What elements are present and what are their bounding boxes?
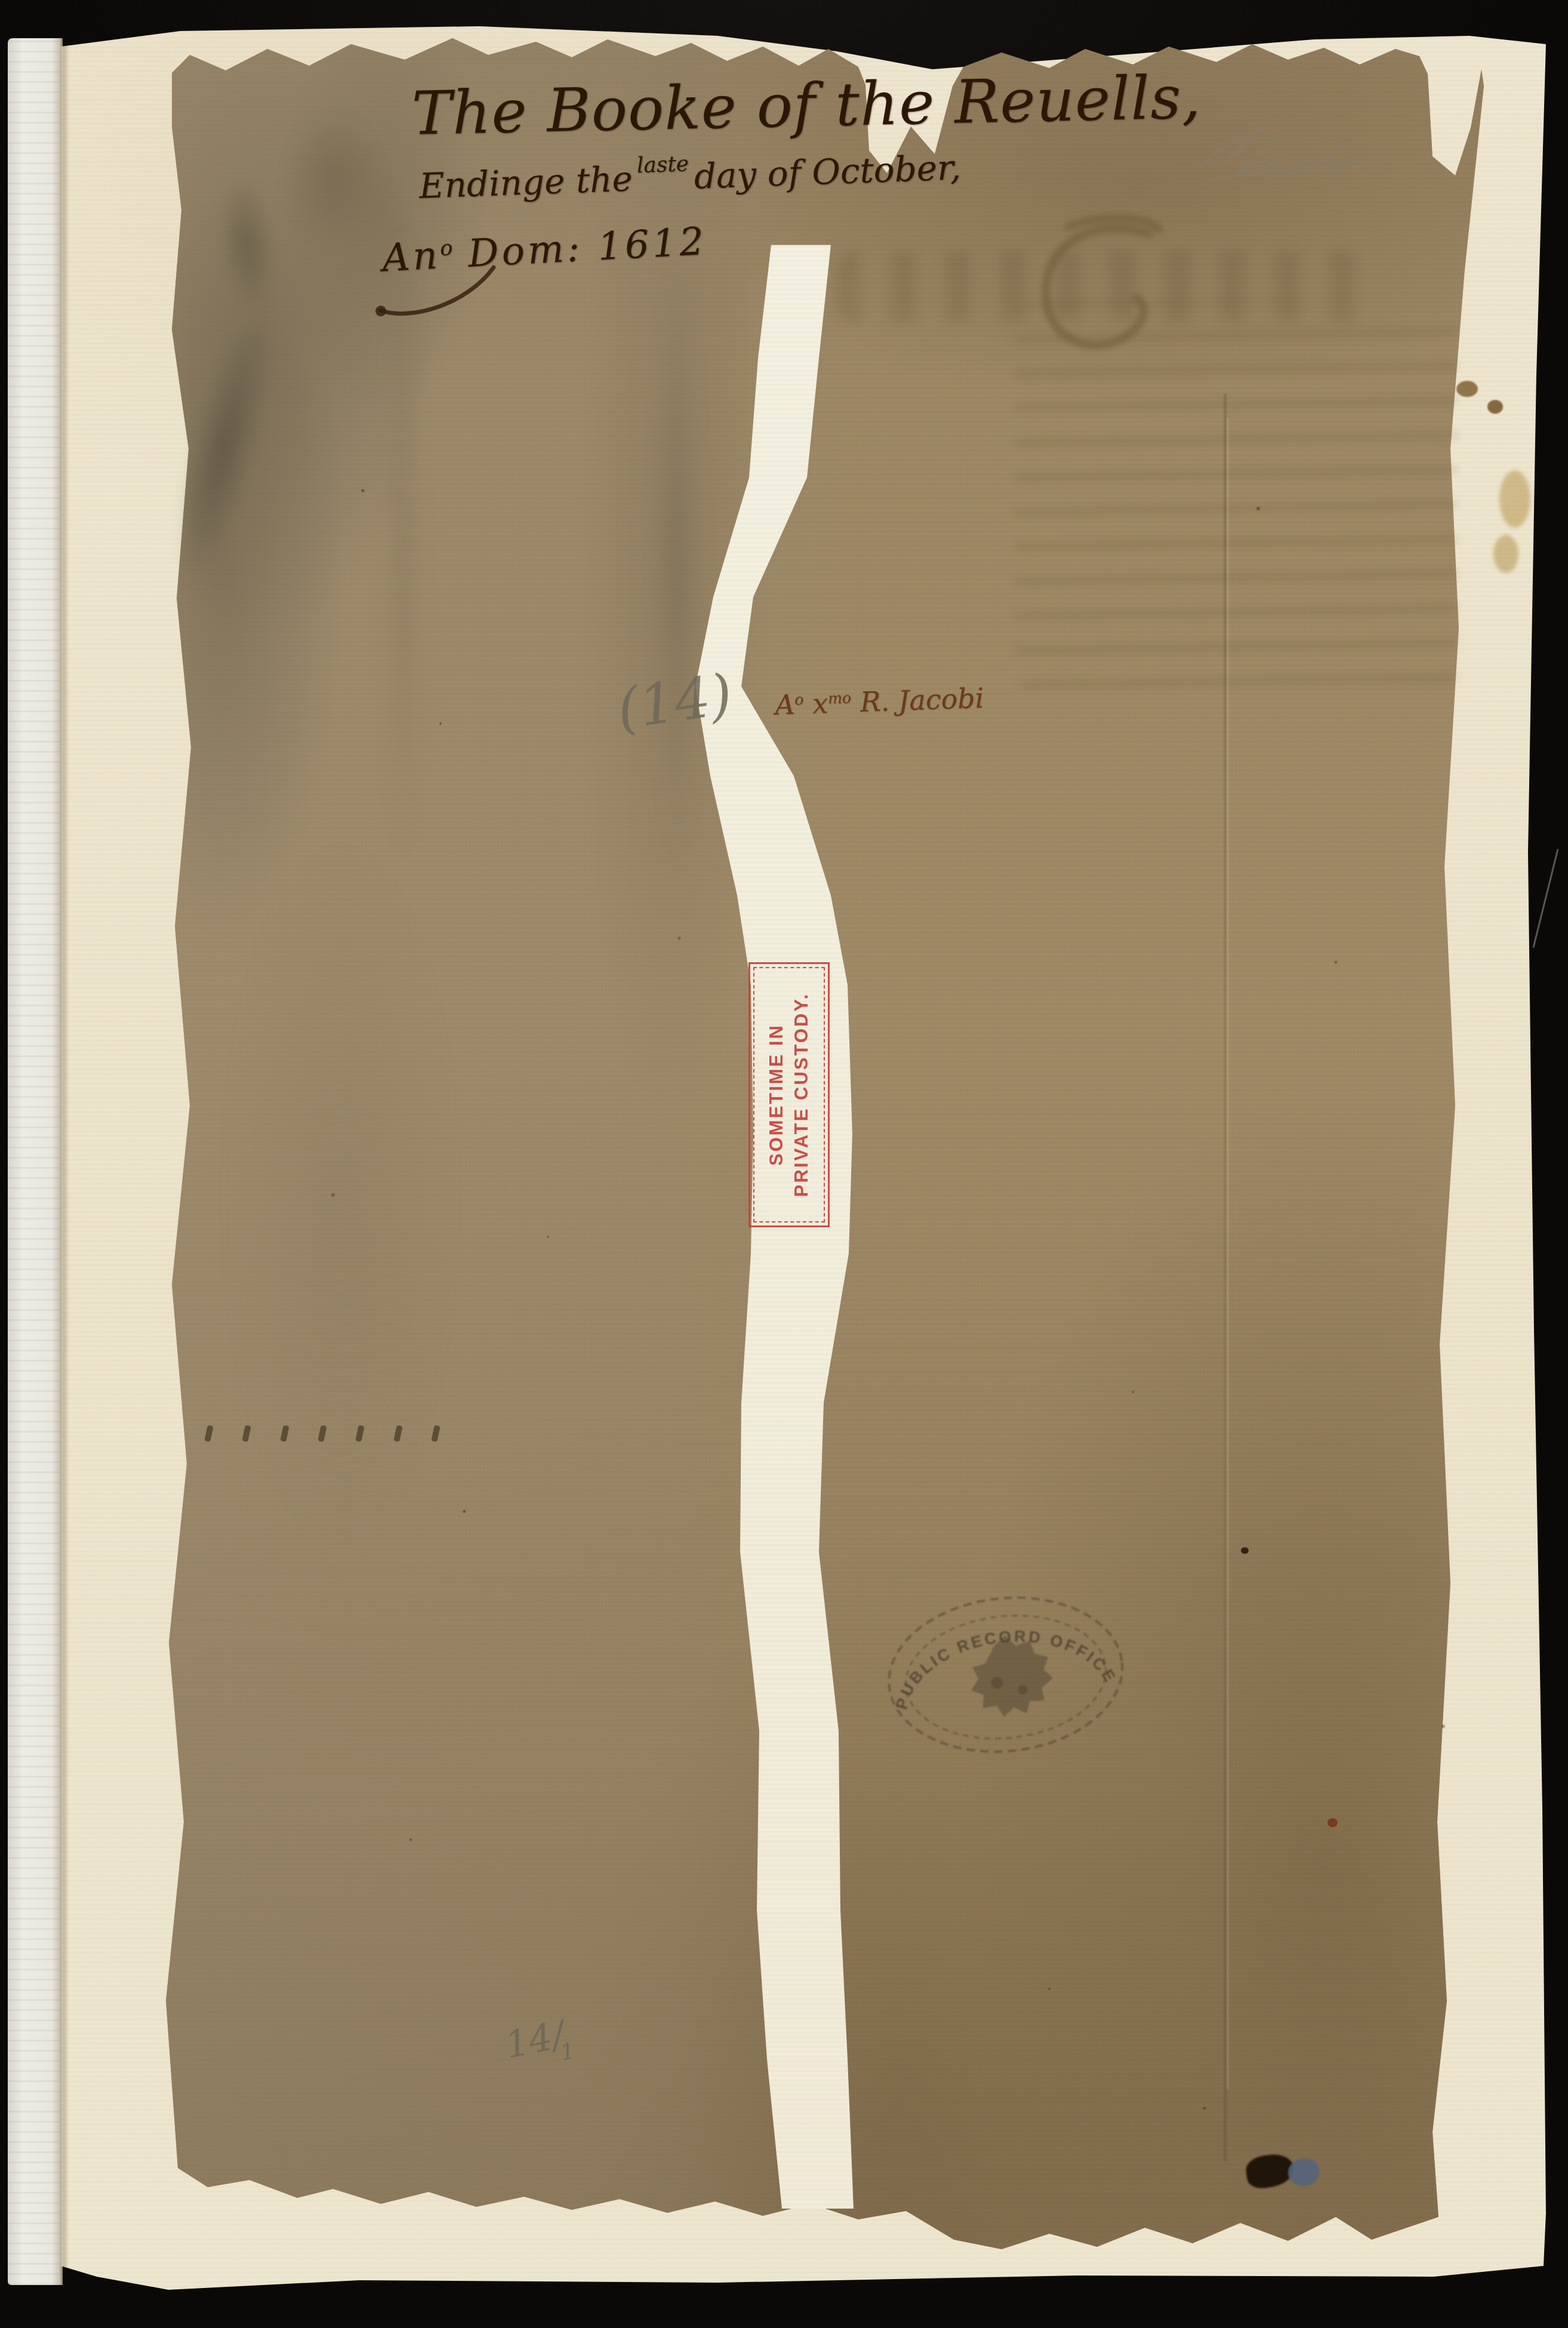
regnal-a-sup: o — [794, 691, 804, 709]
margin-stain — [1487, 400, 1503, 414]
margin-stain — [1493, 535, 1518, 573]
custody-stamp-frame: SOMETIME IN PRIVATE CUSTODY. — [748, 962, 830, 1227]
title-line3-an-sup: o — [439, 236, 453, 261]
title-line2-start: Endinge the — [418, 158, 633, 206]
rust-dot — [1327, 1818, 1338, 1827]
manuscript-scan: The Booke of the Reuells, Endinge thelas… — [0, 0, 1568, 2328]
ink-tick — [280, 1425, 289, 1442]
ink-tick — [356, 1425, 365, 1442]
regnal-x: x — [803, 687, 828, 720]
blue-ink-blot — [1288, 2158, 1319, 2186]
regnal-rest: R. Jacobi — [851, 682, 984, 719]
ink-tick — [242, 1425, 251, 1442]
margin-stain — [1456, 381, 1478, 397]
paper-crease-highlight — [1227, 418, 1228, 2089]
custody-stamp-text: SOMETIME IN PRIVATE CUSTODY. — [753, 967, 825, 1222]
book-page-edges — [8, 38, 63, 2285]
pen-flourish — [371, 261, 503, 339]
ink-tick — [204, 1425, 213, 1442]
ink-dot — [1241, 1547, 1249, 1554]
film-scratch — [1532, 849, 1558, 948]
private-custody-stamp: SOMETIME IN PRIVATE CUSTODY. — [748, 962, 830, 1227]
ink-tick — [318, 1425, 326, 1442]
title-line2-insertion: laste — [636, 152, 689, 178]
regnal-x-sup: mo — [827, 689, 851, 707]
showthrough-glyph — [1009, 209, 1176, 376]
ink-tick — [393, 1425, 402, 1442]
public-record-office-stamp: PUBLIC RECORD OFFICE — [868, 1568, 1136, 1772]
ink-tick-row — [206, 1425, 439, 1453]
custody-line1: SOMETIME IN — [764, 1024, 789, 1166]
custody-line2: PRIVATE CUSTODY. — [789, 993, 814, 1197]
paper-crease — [1224, 394, 1227, 2161]
regnal-a: A — [774, 688, 795, 721]
pencil-scribble — [1194, 113, 1397, 197]
margin-stain — [1499, 470, 1530, 528]
